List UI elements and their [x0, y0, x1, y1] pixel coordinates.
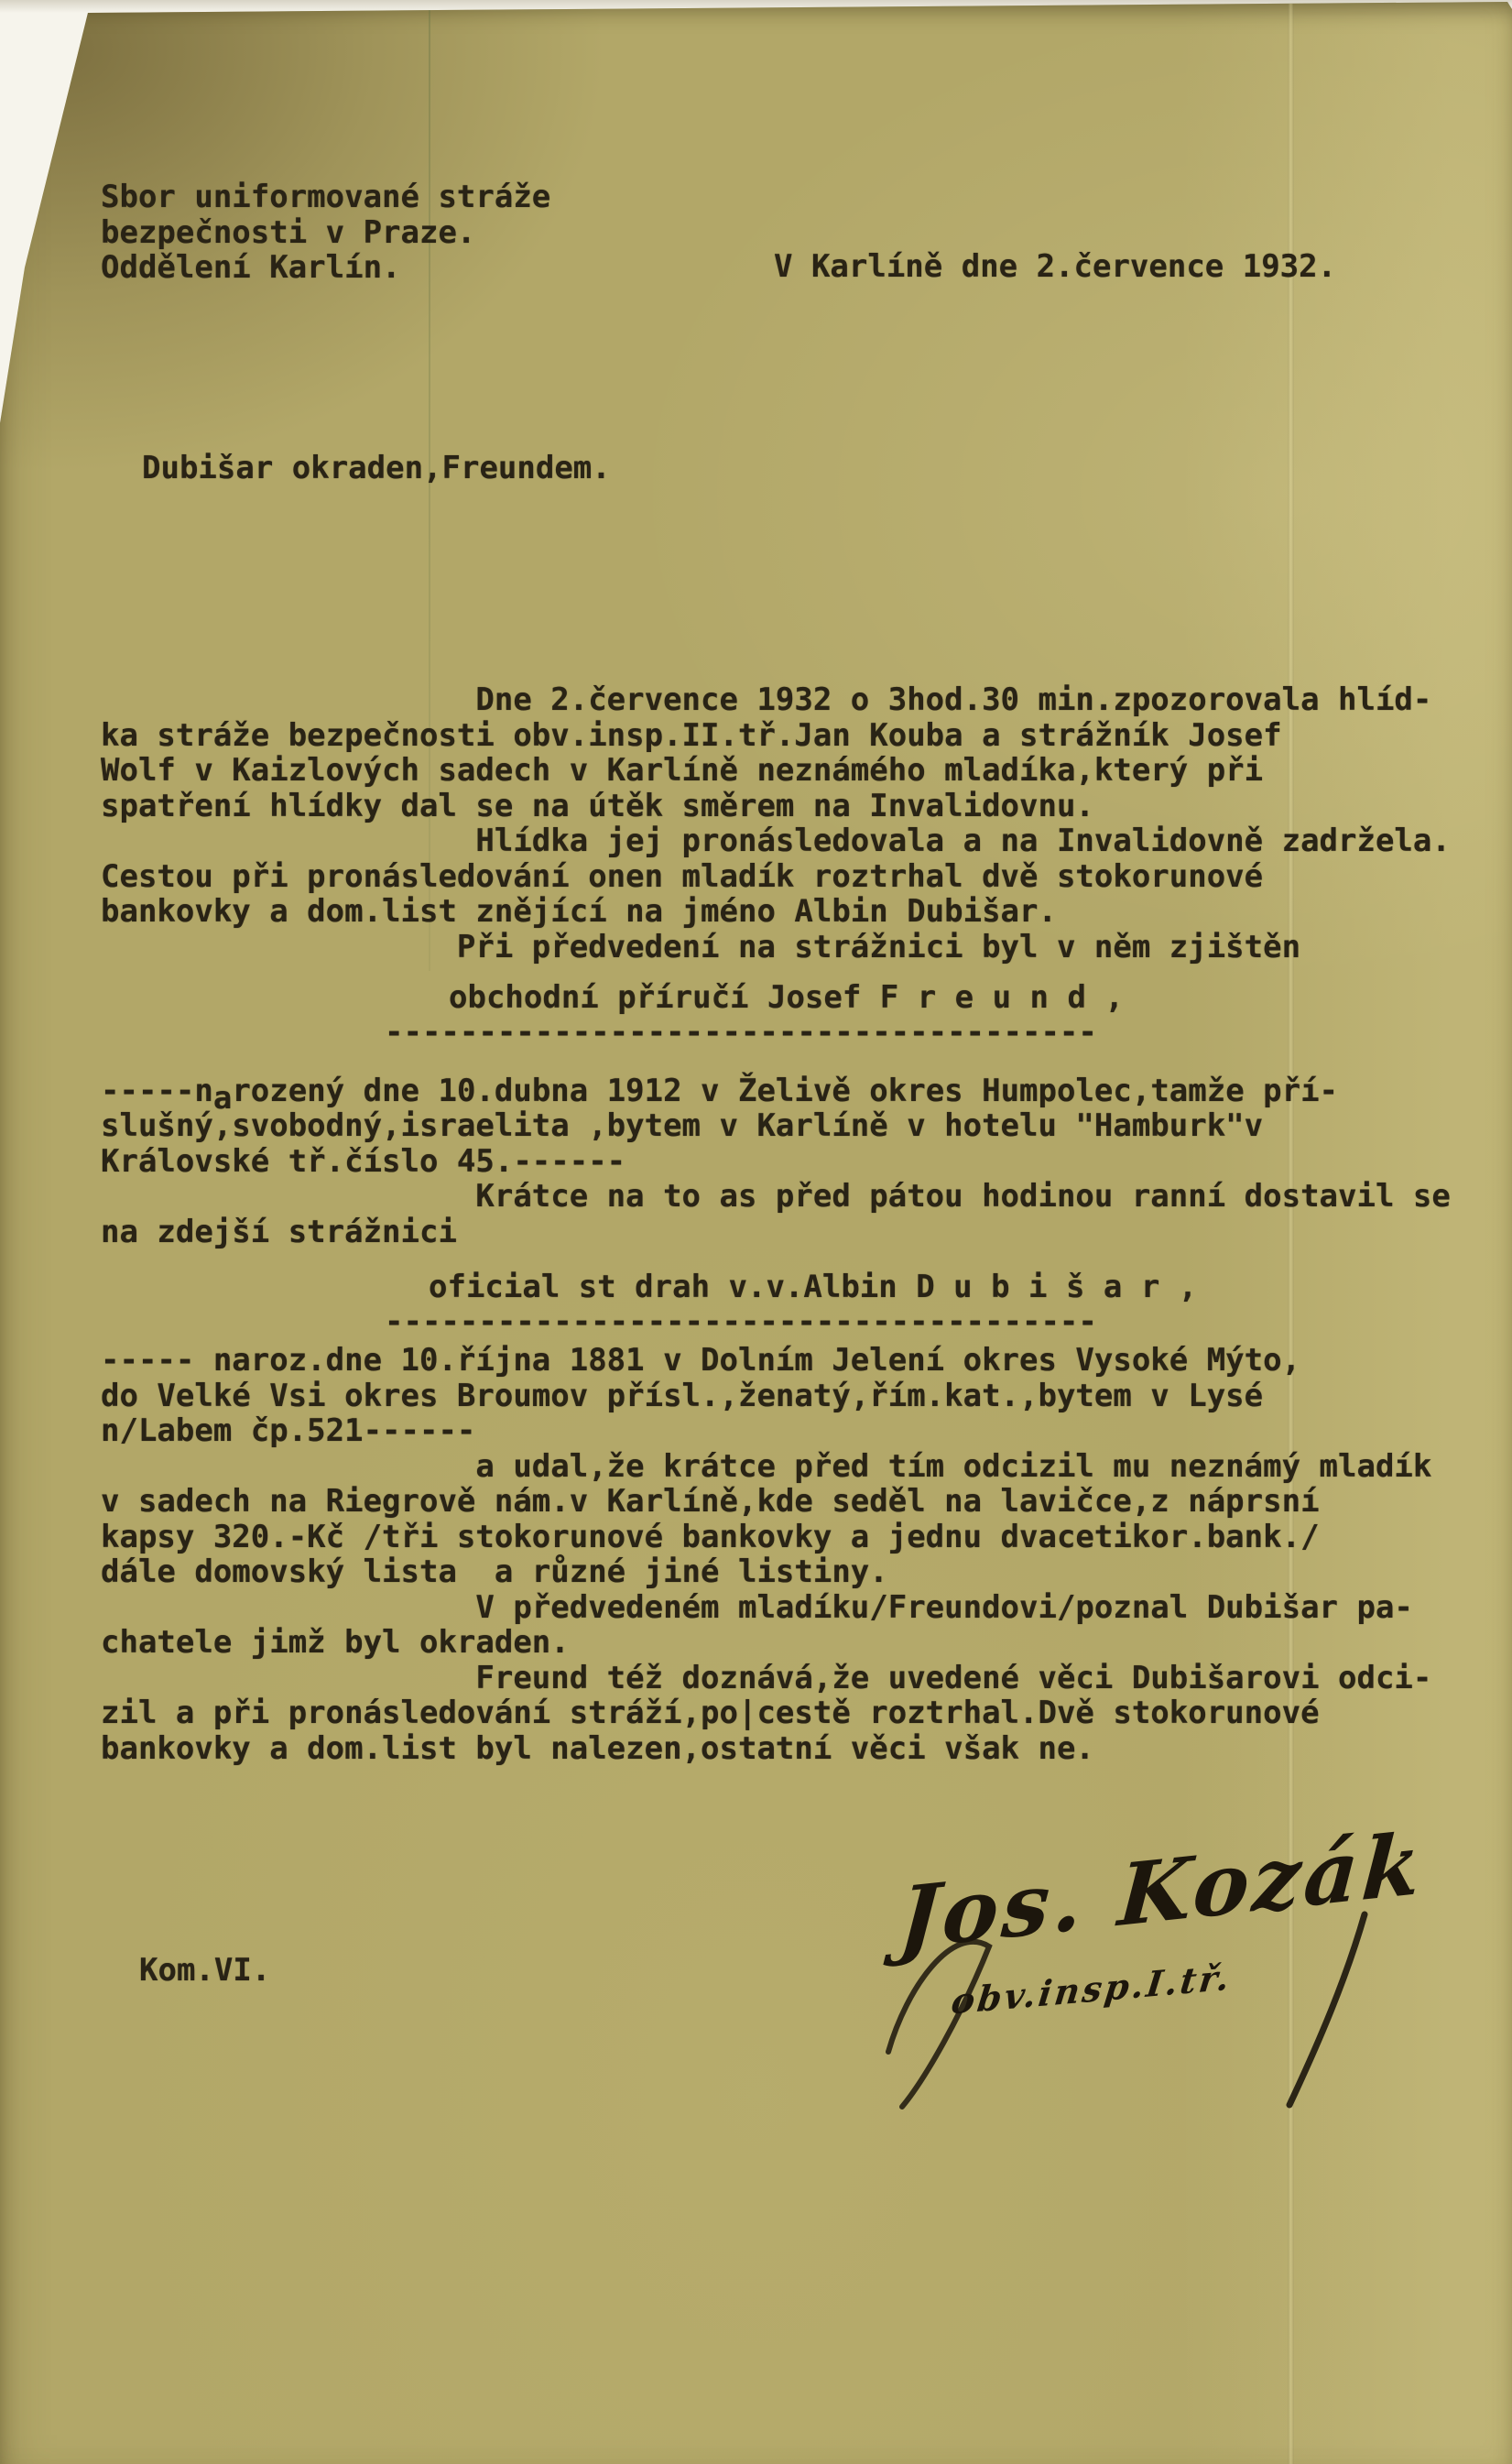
dateline: V Karlíně dne 2.července 1932. — [774, 249, 1336, 285]
letterhead-office-block: Sbor uniformované stráže bezpečnosti v P… — [101, 180, 550, 286]
body-paragraph-3: ----- naroz.dne 10.října 1881 v Dolním J… — [101, 1343, 1431, 1766]
person2-heading: oficial st drah v.v.Albin D u b i š a r … — [429, 1270, 1197, 1305]
person1-heading: obchodní příručí Josef F r e u n d , — [449, 980, 1124, 1016]
person1-dashed-underline: -------------------------------------- — [385, 1015, 1097, 1051]
scanned-document-page: { "page": { "bg_color": "#f6f4ec", "pape… — [0, 0, 1512, 2464]
p2-line1-prefix: -----n — [101, 1073, 213, 1109]
aged-paper-sheet: Sbor uniformované stráže bezpečnosti v P… — [0, 0, 1512, 2464]
person2-dashed-underline: -------------------------------------- — [385, 1304, 1097, 1340]
body-paragraph-2: slušný,svobodný,israelita ,bytem v Karlí… — [101, 1108, 1451, 1249]
department-reference: Kom.VI. — [139, 1953, 270, 1989]
p2-line1-rest: rozený dne 10.dubna 1912 v Želivě okres … — [232, 1073, 1338, 1109]
subject-line: Dubišar okraden,Freundem. — [142, 451, 611, 486]
body-paragraph-1: Dne 2.července 1932 o 3hod.30 min.zpozor… — [101, 682, 1451, 965]
body-paragraph-2-line1: -----narozený dne 10.dubna 1912 v Želivě… — [101, 1074, 1338, 1109]
